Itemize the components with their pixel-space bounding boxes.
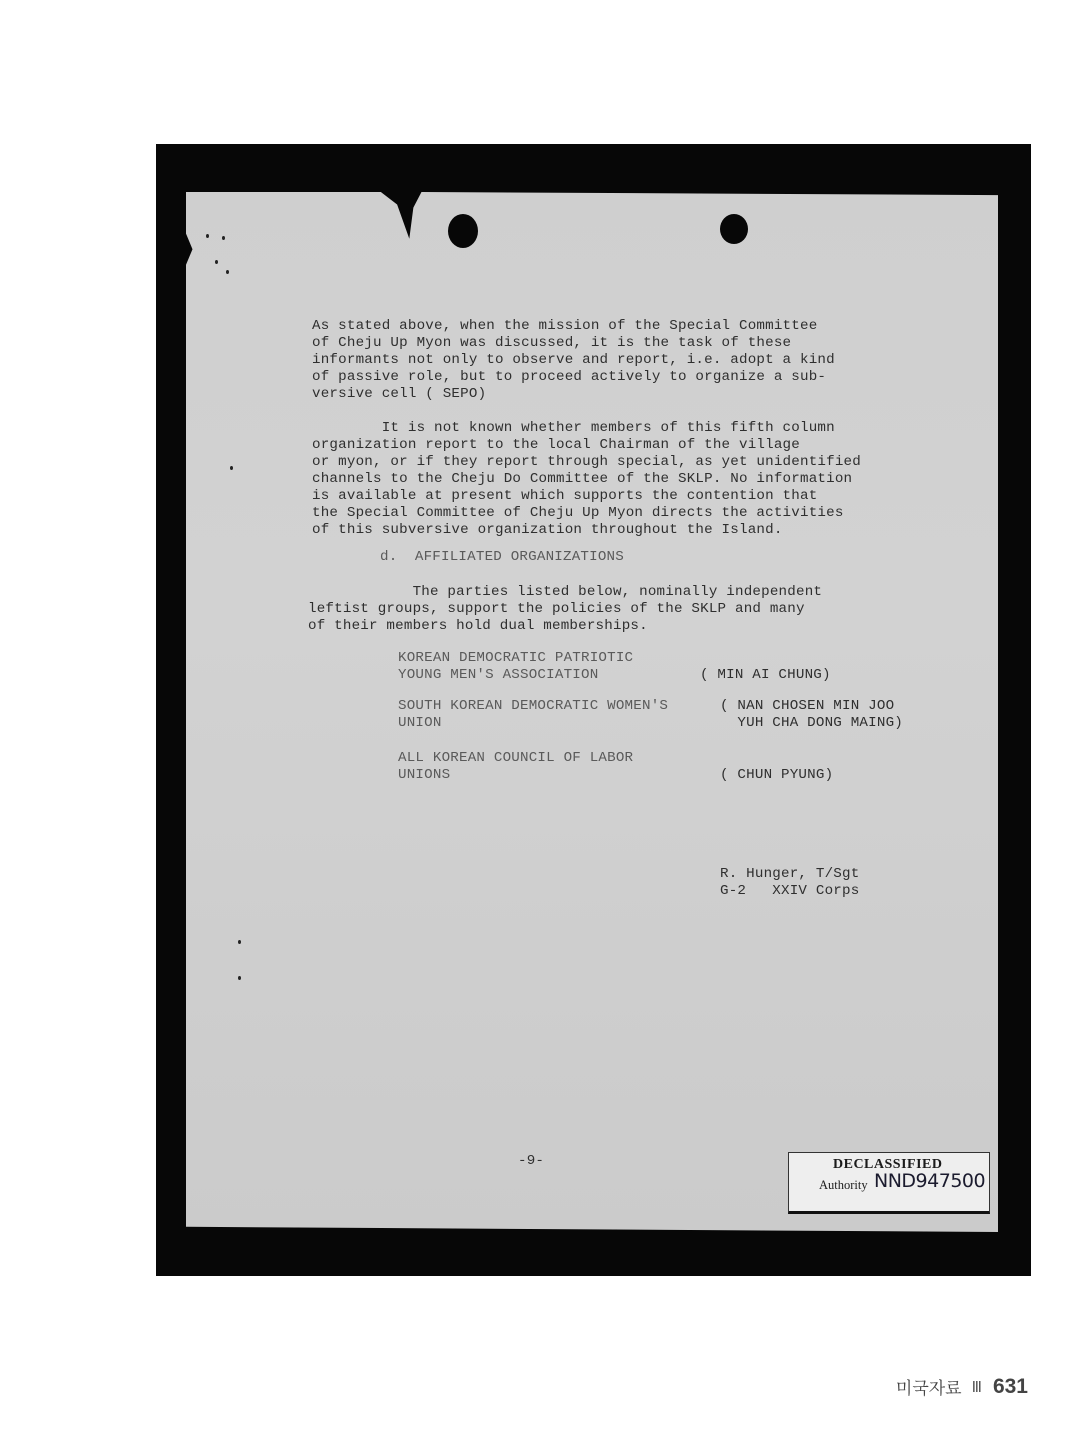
speck bbox=[226, 270, 229, 274]
org-korean-name-chun-pyung: ( CHUN PYUNG) bbox=[720, 767, 833, 784]
page-number: -9- bbox=[518, 1153, 544, 1170]
punch-hole-right bbox=[720, 214, 748, 244]
paragraph-mission: As stated above, when the mission of the… bbox=[312, 318, 835, 403]
scanned-document-frame: As stated above, when the mission of the… bbox=[156, 144, 1031, 1276]
speck bbox=[206, 234, 209, 238]
org-name-patriotic-young-mens: KOREAN DEMOCRATIC PATRIOTIC YOUNG MEN'S … bbox=[398, 650, 633, 684]
org-name-council-labor-unions: ALL KOREAN COUNCIL OF LABOR UNIONS bbox=[398, 750, 633, 784]
stamp-authority-value: NND947500 bbox=[874, 1170, 985, 1192]
punch-hole-left bbox=[448, 214, 478, 248]
footer-page-number: 631 bbox=[993, 1375, 1028, 1399]
stamp-authority-label: Authority bbox=[819, 1178, 868, 1193]
org-korean-name-min-ai-chung: ( MIN AI CHUNG) bbox=[700, 667, 831, 684]
speck bbox=[222, 236, 225, 240]
signature-block: R. Hunger, T/Sgt G-2 XXIV Corps bbox=[720, 866, 859, 900]
paragraph-fifth-column: It is not known whether members of this … bbox=[312, 420, 861, 539]
speck bbox=[238, 976, 241, 980]
speck bbox=[238, 940, 241, 944]
speck bbox=[230, 466, 233, 470]
section-heading-affiliated-organizations: d. AFFILIATED ORGANIZATIONS bbox=[380, 549, 624, 566]
document-page: As stated above, when the mission of the… bbox=[186, 192, 998, 1232]
speck bbox=[215, 260, 218, 264]
book-page-footer: 미국자료 Ⅲ 631 bbox=[896, 1374, 1028, 1399]
org-name-democratic-womens-union: SOUTH KOREAN DEMOCRATIC WOMEN'S UNION bbox=[398, 698, 668, 732]
footer-book-title: 미국자료 bbox=[896, 1374, 962, 1399]
declassified-stamp: DECLASSIFIED Authority NND947500 bbox=[788, 1152, 990, 1214]
footer-separator: Ⅲ bbox=[972, 1378, 983, 1396]
org-korean-name-nan-chosen: ( NAN CHOSEN MIN JOO YUH CHA DONG MAING) bbox=[720, 698, 903, 732]
paragraph-parties: The parties listed below, nominally inde… bbox=[308, 584, 822, 635]
